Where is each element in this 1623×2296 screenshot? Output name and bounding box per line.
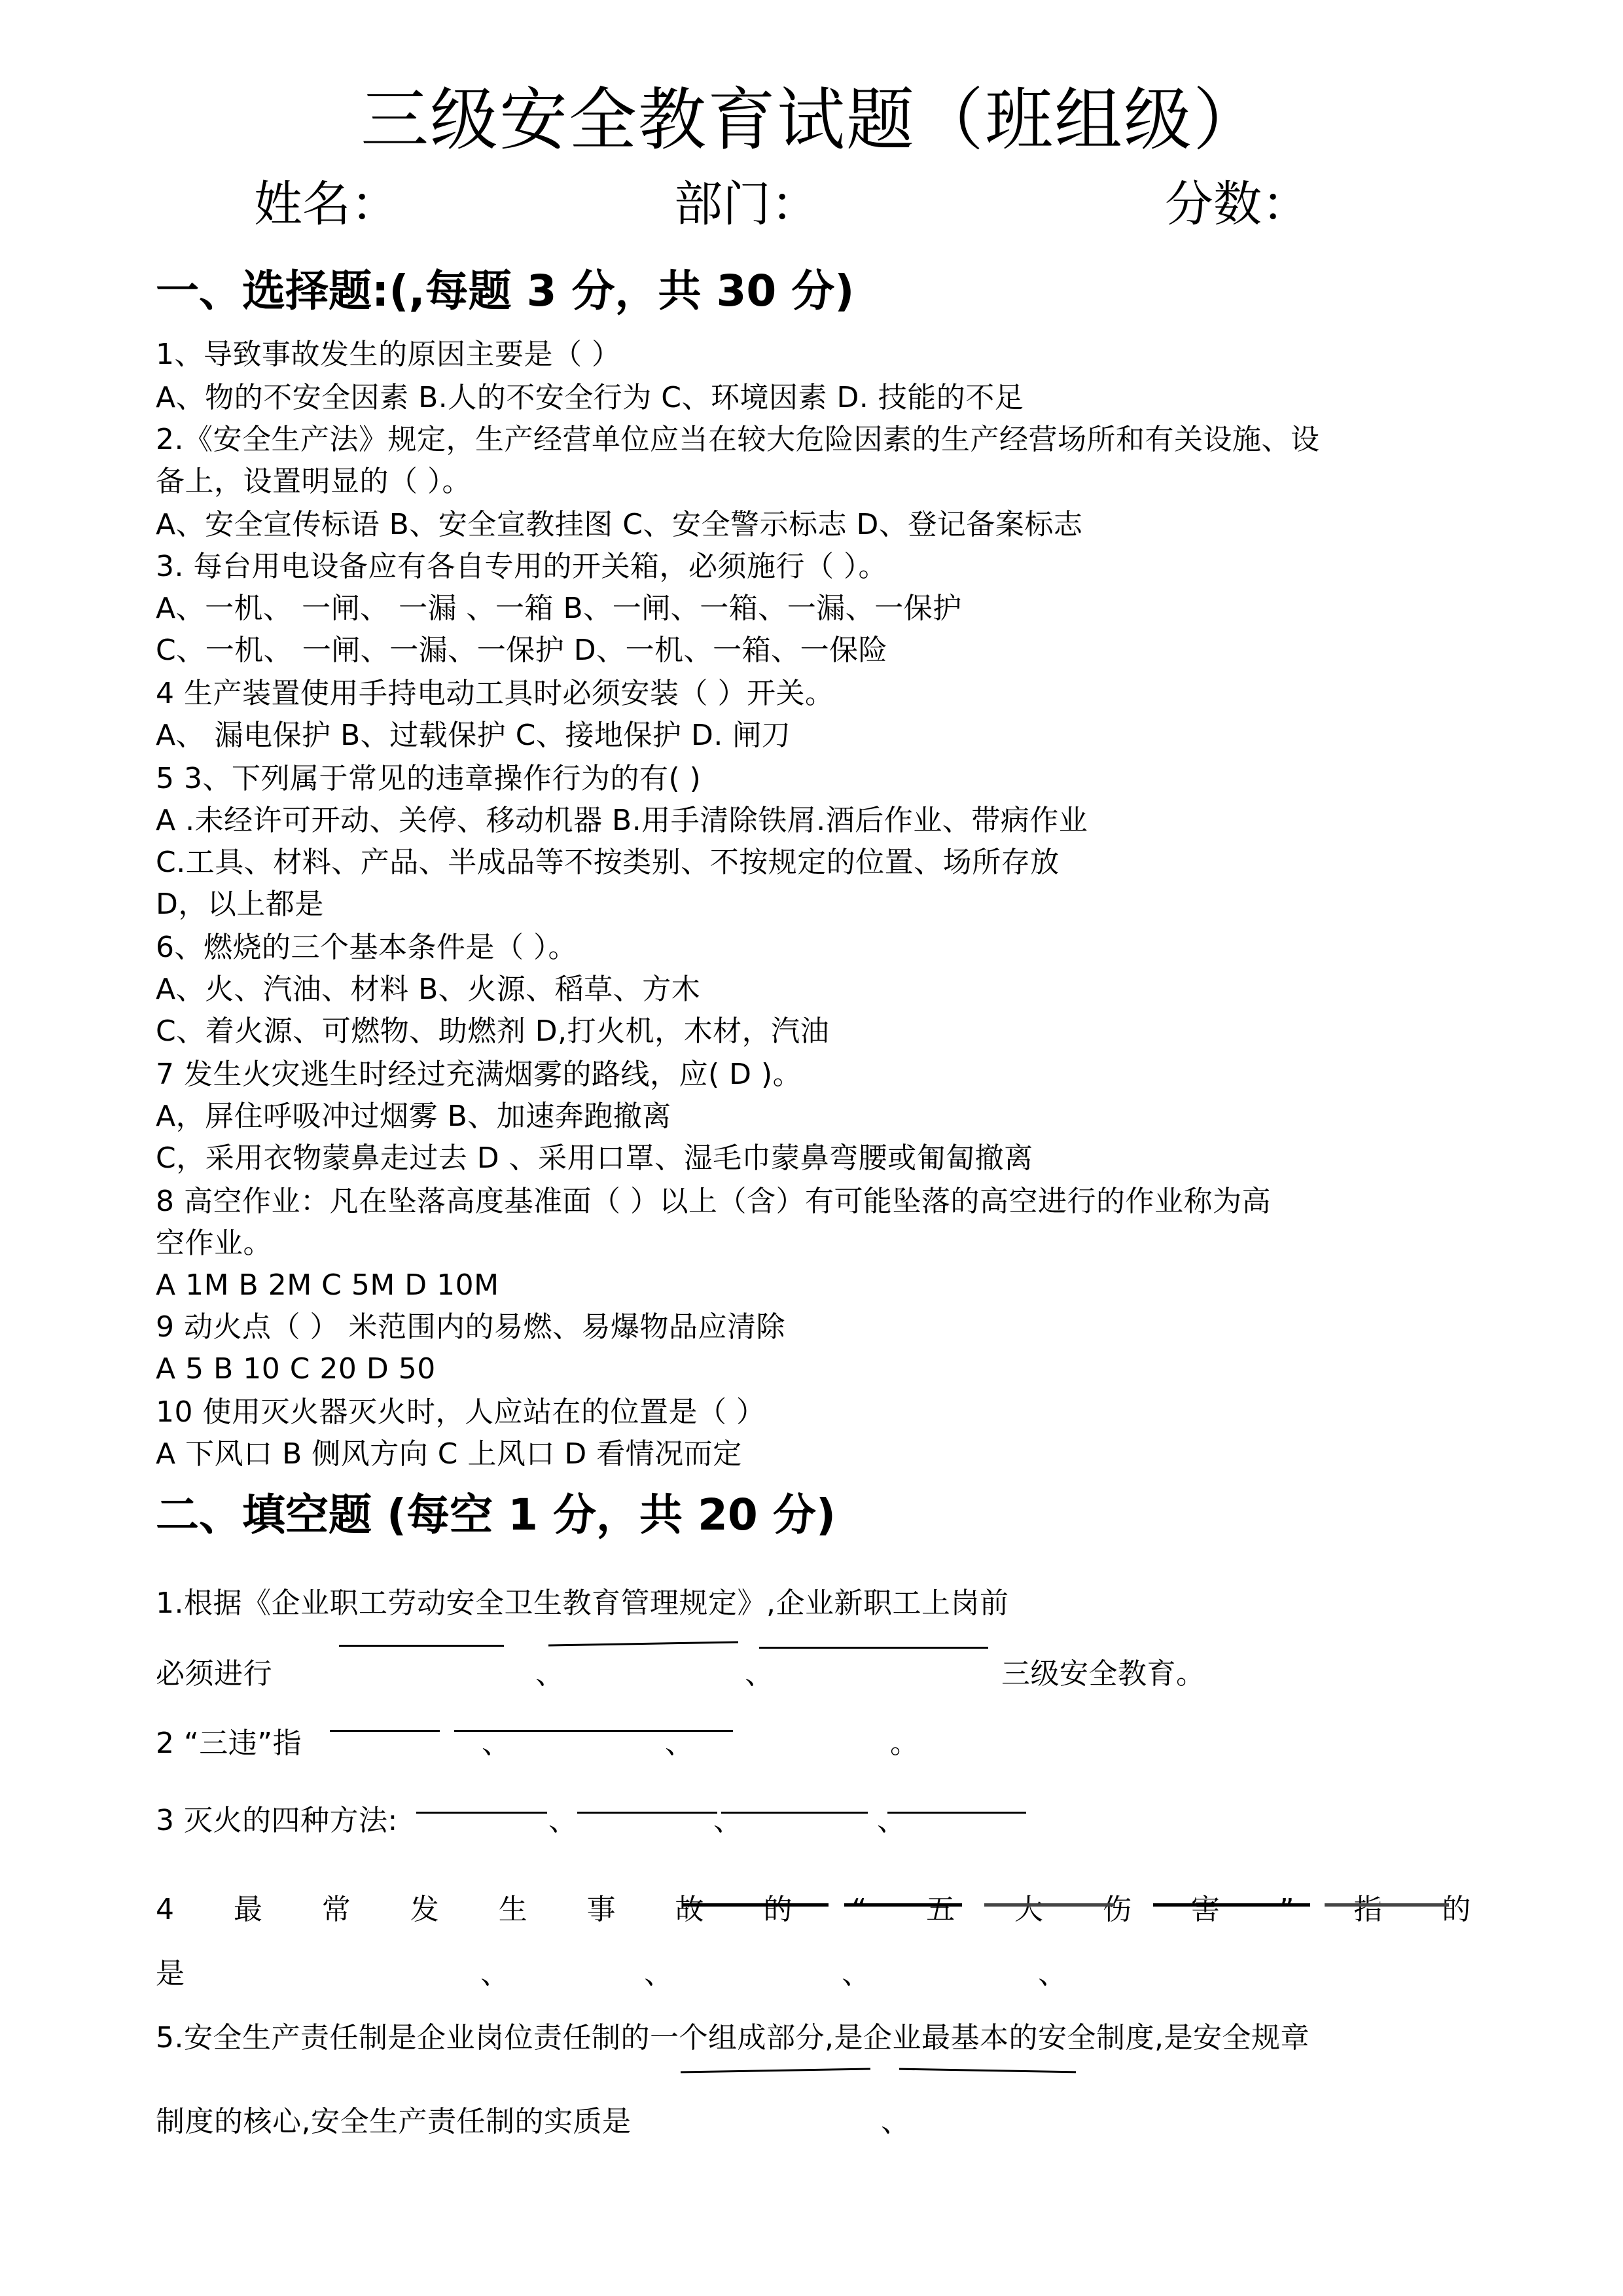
fill-3-prefix: 3 灭火的四种方法: (156, 1801, 398, 1840)
question-1-stem: 1、导致事故发生的原因主要是（ ） (156, 335, 620, 374)
fill-3-blank-3[interactable] (721, 1812, 868, 1814)
fill-3-blank-2[interactable] (577, 1812, 717, 1814)
question-3-options-line2: C、一机、 一闸、一漏、一保护 D、一机、一箱、一保险 (156, 631, 887, 670)
question-5-stem: 5 3、下列属于常见的违章操作行为的有( ) (156, 759, 701, 798)
fill-4-sep-4: 、 (1038, 1954, 1067, 1994)
fill-4-sep-1: 、 (480, 1954, 510, 1994)
fill-4-char: 生 (499, 1890, 528, 1929)
fill-4-blank-1[interactable] (683, 1903, 829, 1907)
fill-1-sep-1: 、 (535, 1655, 565, 1694)
question-7-options-line2: C，采用衣物蒙鼻走过去 D 、采用口罩、湿毛巾蒙鼻弯腰或匍匐撤离 (156, 1139, 1033, 1178)
question-4-stem: 4 生产装置使用手持电动工具时必须安装（ ）开关。 (156, 674, 834, 713)
question-10-stem: 10 使用灭火器灭火时，人应站在的位置是（ ） (156, 1393, 765, 1432)
fill-3-sep-2: 、 (713, 1801, 743, 1840)
question-3-options-line1: A、一机、 一闸、 一漏 、一箱 B、一闸、一箱、一漏、一保护 (156, 589, 962, 628)
fill-4-sep-3: 、 (842, 1954, 871, 1994)
fill-4-char: 的 (763, 1890, 793, 1929)
fill-4-line1: 4 最 常 发 生 事 故 的 “ 五 大 伤 害 ” 指 的 (156, 1890, 1471, 1929)
question-7-stem: 7 发生火灾逃生时经过充满烟雾的路线，应( D )。 (156, 1055, 802, 1094)
score-field-label: 分数： (1165, 171, 1310, 237)
question-2-options: A、安全宣传标语 B、安全宣教挂图 C、安全警示标志 D、登记备案标志 (156, 505, 1082, 545)
fill-1-line2-suffix: 三级安全教育。 (1001, 1655, 1205, 1694)
fill-4-char: 伤 (1103, 1890, 1132, 1929)
fill-3-blank-1[interactable] (416, 1812, 547, 1814)
fill-4-sep-2: 、 (644, 1954, 673, 1994)
question-10-options: A 下风口 B 侧风方向 C 上风口 D 看情况而定 (156, 1435, 742, 1474)
fill-2-suffix: 。 (890, 1724, 919, 1763)
question-2-stem-cont: 备上，设置明显的（ ）。 (156, 462, 471, 501)
fill-2-sep-1: 、 (482, 1724, 511, 1763)
fill-4-char: 发 (410, 1890, 440, 1929)
fill-2-blank-2[interactable] (454, 1730, 577, 1732)
fill-4-char: 的 (1442, 1890, 1471, 1929)
fill-2-blank-1[interactable] (330, 1730, 440, 1732)
question-4-options: A、 漏电保护 B、过载保护 C、接地保护 D. 闸刀 (156, 716, 791, 755)
question-6-options-line1: A、火、汽油、材料 B、火源、稻草、方木 (156, 970, 700, 1009)
fill-4-char: ” (1279, 1890, 1294, 1929)
fill-4-char: 五 (926, 1890, 955, 1929)
fill-5-line1: 5.安全生产责任制是企业岗位责任制的一个组成部分,是企业最基本的安全制度,是安全… (156, 2018, 1310, 2058)
fill-1-sep-2: 、 (745, 1655, 774, 1694)
fill-1-blank-3[interactable] (759, 1647, 988, 1649)
question-1-options: A、物的不安全因素 B.人的不安全行为 C、环境因素 D. 技能的不足 (156, 378, 1024, 418)
question-6-stem: 6、燃烧的三个基本条件是（ ）。 (156, 928, 577, 967)
fill-4-blank-4[interactable] (1153, 1903, 1310, 1907)
fill-4-char: 事 (587, 1890, 616, 1929)
question-5-options-line3: D，以上都是 (156, 885, 324, 924)
name-field-label: 姓名： (254, 171, 399, 237)
fill-1-blank-2[interactable] (548, 1641, 738, 1646)
question-8-stem-cont: 空作业。 (156, 1224, 272, 1263)
question-5-options-line2: C.工具、材料、产品、半成品等不按类别、不按规定的位置、场所存放 (156, 843, 1060, 882)
fill-1-blank-1[interactable] (339, 1645, 504, 1647)
fill-2-blank-3[interactable] (577, 1730, 733, 1732)
fill-4-char: “ (851, 1890, 866, 1929)
question-8-stem: 8 高空作业：凡在坠落高度基准面（ ）以上（含）有可能坠落的高空进行的作业称为高 (156, 1182, 1271, 1221)
page-title: 三级安全教育试题（班组级） (0, 77, 1623, 162)
question-7-options-line1: A，屏住呼吸冲过烟雾 B、加速奔跑撤离 (156, 1097, 671, 1136)
fill-4-char: 4 (156, 1890, 175, 1929)
question-3-stem: 3. 每台用电设备应有各自专用的开关箱，必须施行（ ）。 (156, 547, 887, 586)
fill-4-char: 常 (322, 1890, 351, 1929)
fill-4-line2-prefix: 是 (156, 1954, 185, 1994)
section-heading-choice: 一、选择题:(,每题 3 分，共 30 分) (156, 262, 854, 321)
department-field-label: 部门： (674, 171, 819, 237)
question-9-options: A 5 B 10 C 20 D 50 (156, 1350, 436, 1389)
fill-4-char: 故 (675, 1890, 705, 1929)
question-8-options: A 1M B 2M C 5M D 10M (156, 1266, 499, 1305)
fill-4-char: 大 (1014, 1890, 1044, 1929)
fill-1-line1: 1.根据《企业职工劳动安全卫生教育管理规定》,企业新职工上岗前 (156, 1584, 1008, 1623)
question-2-stem: 2.《安全生产法》规定，生产经营单位应当在较大危险因素的生产经营场所和有关设施、… (156, 420, 1319, 459)
fill-2-sep-2: 、 (665, 1724, 694, 1763)
fill-3-sep-1: 、 (548, 1801, 578, 1840)
fill-4-blank-3[interactable] (984, 1903, 1115, 1907)
section-heading-fill-in: 二、填空题 (每空 1 分，共 20 分) (156, 1486, 836, 1545)
fill-2-prefix: 2 “三违”指 (156, 1724, 302, 1763)
fill-4-char: 指 (1354, 1890, 1383, 1929)
fill-4-blank-5[interactable] (1325, 1903, 1449, 1907)
question-5-options-line1: A .未经许可开动、关停、移动机器 B.用手清除铁屑.酒后作业、带病作业 (156, 801, 1088, 840)
fill-5-blank-2[interactable] (899, 2068, 1076, 2073)
question-6-options-line2: C、着火源、可燃物、助燃剂 D,打火机，木材，汽油 (156, 1012, 829, 1051)
fill-1-line2-prefix: 必须进行 (156, 1655, 272, 1694)
fill-4-char: 害 (1191, 1890, 1221, 1929)
fill-3-sep-3: 、 (877, 1801, 906, 1840)
fill-5-blank-1[interactable] (681, 2068, 870, 2073)
question-9-stem: 9 动火点（ ） 米范围内的易燃、易爆物品应清除 (156, 1308, 785, 1347)
fill-3-blank-4[interactable] (887, 1812, 1026, 1814)
fill-4-blank-2[interactable] (844, 1903, 962, 1907)
fill-5-sep-1: 、 (881, 2102, 910, 2142)
fill-4-char: 最 (234, 1890, 263, 1929)
fill-5-line2-prefix: 制度的核心,安全生产责任制的实质是 (156, 2102, 632, 2142)
